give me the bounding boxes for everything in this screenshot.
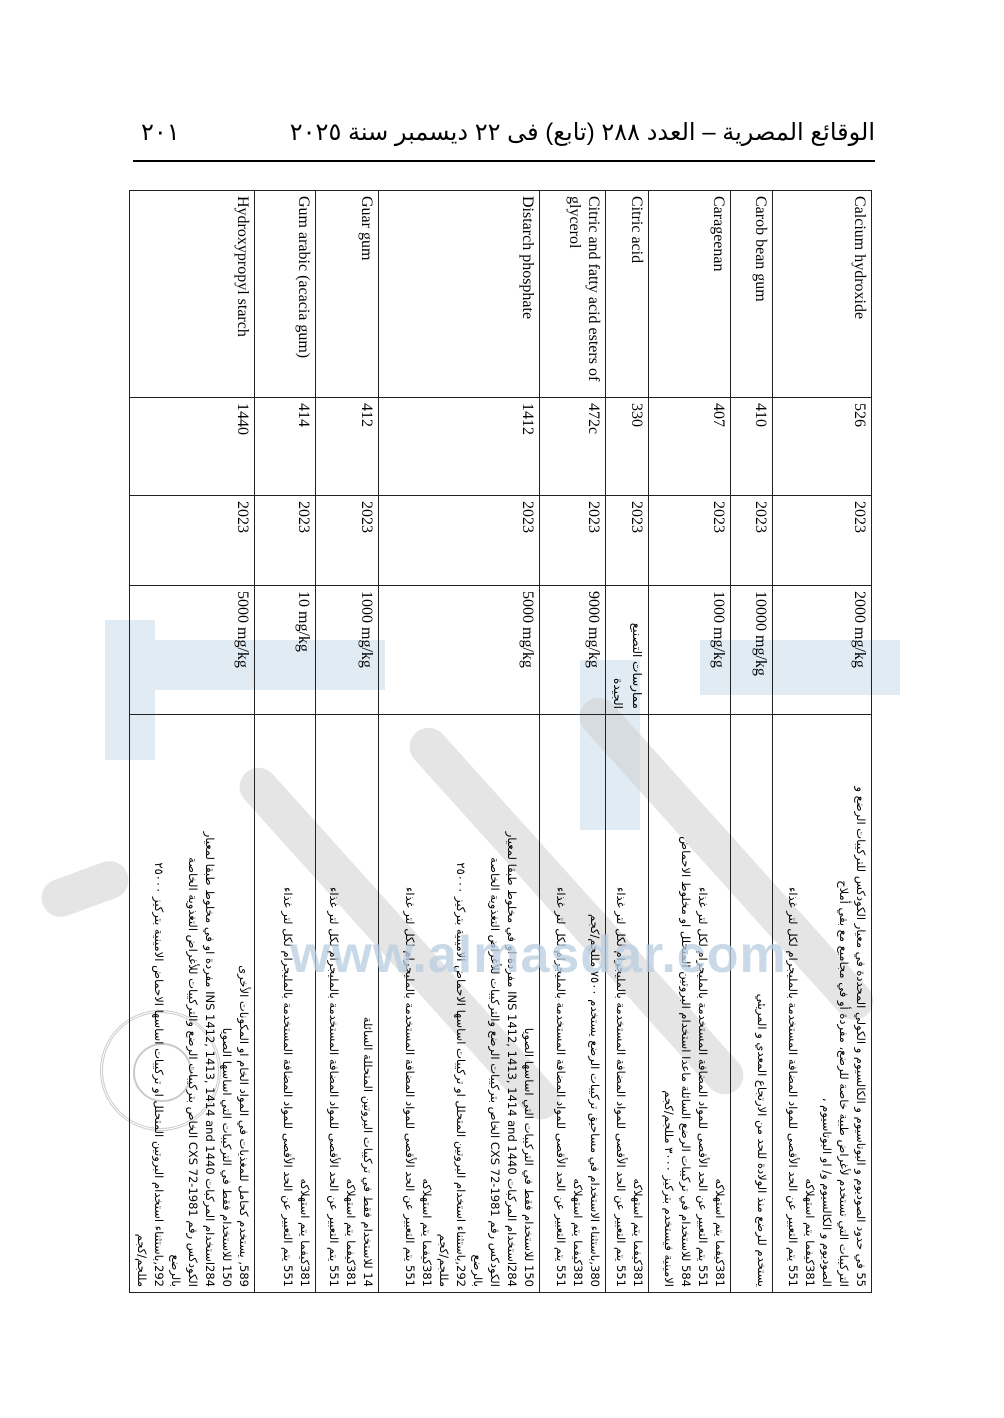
table-row: Citric acid3302023ممارسات التصنيع الجيدة…: [606, 191, 649, 1293]
table-row: Gum arabic (acacia gum)414202310 mg/kg38…: [255, 191, 316, 1293]
table-row: Carageenan40720231000 mg/kg381كيفما يتم …: [649, 191, 731, 1293]
notes-cell: 150 للاستخدام فقط في التركيبات التي اساس…: [379, 715, 540, 1293]
ins-number: 1412: [379, 398, 540, 496]
page-header: الوقائع المصرية – العدد ٢٨٨ (تابع) فى ٢٢…: [133, 112, 875, 152]
additive-name: Citric and fatty acid esters of glycerol: [540, 191, 606, 398]
notes-cell: 381كيفما يتم استهلاكه551 يتم التعبير عن …: [255, 715, 316, 1293]
max-level: 1000 mg/kg: [316, 586, 379, 715]
note-line: الصوديوم و الكالسيوم و/ او البوتاسيوم ،: [818, 720, 835, 1287]
notes-cell: 589, يستخدم كحامل للمغذيات في المواد الخ…: [130, 715, 255, 1293]
note-line: 589, يستخدم كحامل للمغذيات في المواد الخ…: [235, 720, 252, 1287]
note-line: 284استخدام المركبات INS 1412, 1413, 1414…: [201, 720, 218, 1287]
ins-number: 526: [773, 398, 872, 496]
additive-name: Distarch phosphate: [379, 191, 540, 398]
adoption-year: 2023: [255, 496, 316, 586]
notes-cell: يستخدم للرضع منذ الولادة للحد من الارتجا…: [731, 715, 773, 1293]
notes-cell: 381كيفما يتم استهلاكه551 يتم التعبير عن …: [649, 715, 731, 1293]
max-level: 9000 mg/kg: [540, 586, 606, 715]
note-line: 551 يتم التعبير عن الحد الأقصى للمواد ال…: [612, 720, 629, 1287]
ins-number: 412: [316, 398, 379, 496]
note-line: 381كيفما يتم استهلاكه: [342, 720, 359, 1287]
ins-number: 472c: [540, 398, 606, 496]
max-level: 2000 mg/kg: [773, 586, 872, 715]
max-level: 1000 mg/kg: [649, 586, 731, 715]
notes-cell: 14 للاستخدام فقط في تركيبات البروتين الم…: [316, 715, 379, 1293]
additive-name: Guar gum: [316, 191, 379, 398]
note-line: يستخدم للرضع منذ الولادة للحد من الارتجا…: [753, 720, 770, 1287]
table-row: Calcium hydroxide52620232000 mg/kg55 في …: [773, 191, 872, 1293]
adoption-year: 2023: [540, 496, 606, 586]
additive-name: Gum arabic (acacia gum): [255, 191, 316, 398]
notes-cell: 380,باستثناء الاستخدام في مساحيق تركيبات…: [540, 715, 606, 1293]
gazette-title: الوقائع المصرية – العدد ٢٨٨ (تابع) فى ٢٢…: [290, 118, 875, 147]
note-line: مللجم/كجم: [435, 720, 452, 1287]
ins-number: 1440: [130, 398, 255, 496]
note-line: 381كيفما يتم استهلاكه: [418, 720, 435, 1287]
adoption-year: 2023: [649, 496, 731, 586]
page-number: ٢٠١: [141, 118, 180, 147]
adoption-year: 2023: [773, 496, 872, 586]
table-row: Distarch phosphate141220235000 mg/kg150 …: [379, 191, 540, 1293]
note-line: 551 يتم التعبير عن الحد الأقصى للمواد ال…: [552, 720, 569, 1287]
max-level: 5000 mg/kg: [379, 586, 540, 715]
note-line: بالرضع: [167, 720, 184, 1287]
note-line: 150 للاستخدام فقط في التركيبات التي اساس…: [520, 720, 537, 1287]
note-line: 381كيفما يتم استهلاكه: [569, 720, 586, 1287]
note-line: 584 للاستخدام في تركيبات الرضع السائلة م…: [677, 720, 694, 1287]
adoption-year: 2023: [731, 496, 773, 586]
notes-cell: 55 في حدود الصوديوم و البوتاسيوم و الكال…: [773, 715, 872, 1293]
max-level: 10 mg/kg: [255, 586, 316, 715]
note-line: 381كيفما يتم استهلاكه: [801, 720, 818, 1287]
note-line: 551 يتم التعبير عن الحد الأقصى للمواد ال…: [784, 720, 801, 1287]
note-line: 284استخدام المركبات INS 1412, 1413, 1414…: [503, 720, 520, 1287]
table-row: Hydroxypropyl starch144020235000 mg/kg58…: [130, 191, 255, 1293]
additive-name: Carageenan: [649, 191, 731, 398]
header-divider: [133, 160, 875, 162]
note-line: 551 يتم التعبير عن الحد الأقصى للمواد ال…: [325, 720, 342, 1287]
note-line: 380,باستثناء الاستخدام في مساحيق تركيبات…: [586, 720, 603, 1287]
table-row: Carob bean gum410202310000 mg/kgيستخدم ل…: [731, 191, 773, 1293]
note-line: 292,باستثناء استخدام البروتين المتحلل او…: [150, 720, 167, 1287]
note-line: بالرضع: [469, 720, 486, 1287]
additives-table-container: Calcium hydroxide52620232000 mg/kg55 في …: [133, 190, 872, 1292]
max-level: ممارسات التصنيع الجيدة: [606, 586, 649, 715]
ins-number: 410: [731, 398, 773, 496]
notes-cell: 381كيفما يتم استهلاكه551 يتم التعبير عن …: [606, 715, 649, 1293]
table-row: Citric and fatty acid esters of glycerol…: [540, 191, 606, 1293]
adoption-year: 2023: [130, 496, 255, 586]
note-line: 55 في حدود الصوديوم و البوتاسيوم و الكال…: [852, 720, 869, 1287]
note-line: 551 يتم التعبير عن الحد الأقصى للمواد ال…: [279, 720, 296, 1287]
additive-name: Citric acid: [606, 191, 649, 398]
note-line: 14 للاستخدام فقط في تركيبات البروتين الم…: [359, 720, 376, 1287]
ins-number: 407: [649, 398, 731, 496]
additive-name: Carob bean gum: [731, 191, 773, 398]
note-line: التركيبات التي تستخدم لأغراض طبية خاصة ل…: [835, 720, 852, 1287]
note-line: 292,باستثناء استخدام البروتين المتحلل او…: [452, 720, 469, 1287]
additive-name: Calcium hydroxide: [773, 191, 872, 398]
note-line: 381كيفما يتم استهلاكه: [629, 720, 646, 1287]
note-line: 150 للاستخدام فقط في التركيبات التي اساس…: [218, 720, 235, 1287]
note-line: 381كيفما يتم استهلاكه: [711, 720, 728, 1287]
note-line: 551 يتم التعبير عن الحد الأقصى للمواد ال…: [401, 720, 418, 1287]
table-row: Guar gum41220231000 mg/kg14 للاستخدام فق…: [316, 191, 379, 1293]
note-line: 551 يتم التعبير عن الحد الأقصى للمواد ال…: [694, 720, 711, 1287]
adoption-year: 2023: [606, 496, 649, 586]
additive-name: Hydroxypropyl starch: [130, 191, 255, 398]
note-line: مللجم/كجم: [133, 720, 150, 1287]
note-line: الكودكس رقم CXS 72-1981 الخاص بتركيبات ا…: [184, 720, 201, 1287]
additives-table: Calcium hydroxide52620232000 mg/kg55 في …: [129, 190, 872, 1293]
ins-number: 414: [255, 398, 316, 496]
adoption-year: 2023: [379, 496, 540, 586]
note-line: الامينية فيستخدم بتركيز ٣٠٠٠ مللجم/كجم: [660, 720, 677, 1287]
watermark-stroke: [36, 856, 134, 922]
max-level: 10000 mg/kg: [731, 586, 773, 715]
note-line: 381كيفما يتم استهلاكه: [296, 720, 313, 1287]
note-line: الكودكس رقم CXS 72-1981 الخاص بتركيبات ا…: [486, 720, 503, 1287]
ins-number: 330: [606, 398, 649, 496]
max-level: 5000 mg/kg: [130, 586, 255, 715]
adoption-year: 2023: [316, 496, 379, 586]
